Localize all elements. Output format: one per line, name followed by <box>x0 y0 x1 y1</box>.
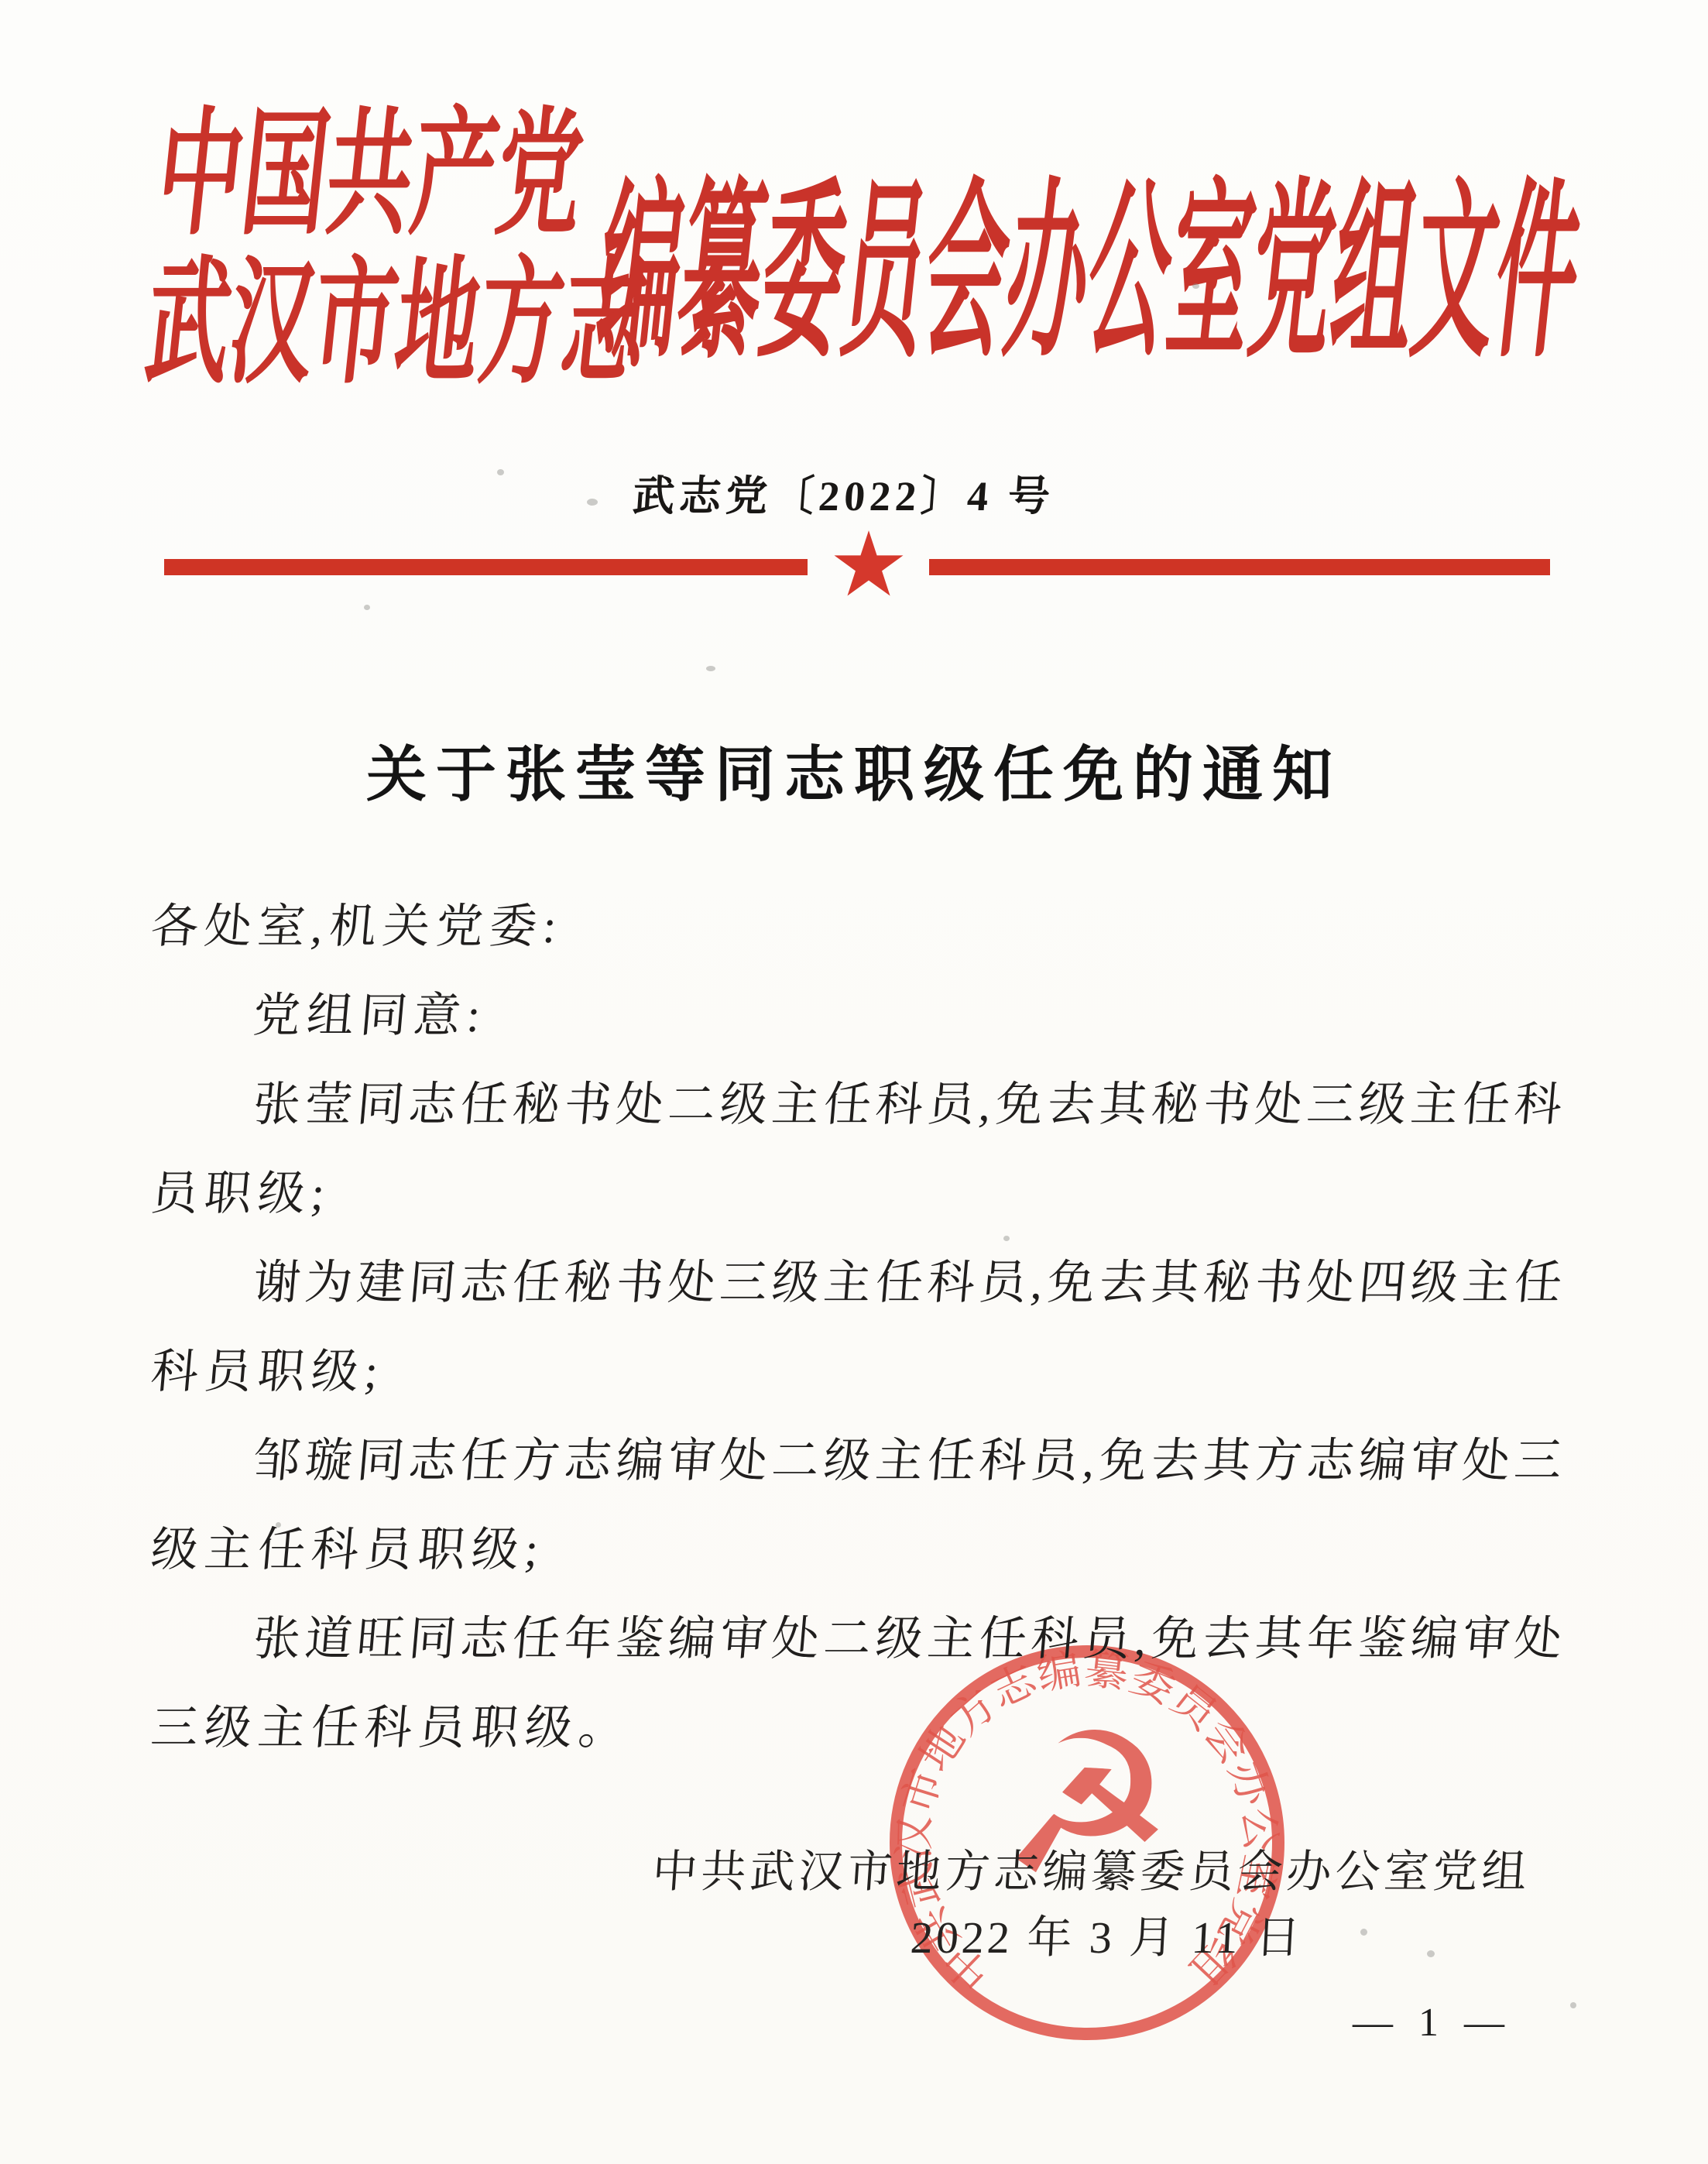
body-line: 员职级; <box>147 1150 1566 1239</box>
body-line: 邹璇同志任方志编审处二级主任科员,免去其方志编审处三 <box>147 1417 1566 1506</box>
body-line: 各处室,机关党委: <box>147 883 1566 972</box>
body-line: 张道旺同志任年鉴编审处二级主任科员,免去其年鉴编审处 <box>147 1595 1566 1684</box>
body-line: 科员职级; <box>147 1328 1566 1417</box>
red-star-icon: ★ <box>821 517 917 613</box>
body-line: 三级主任科员职级。 <box>147 1684 1566 1773</box>
body-line: 谢为建同志任秘书处三级主任科员,免去其秘书处四级主任 <box>147 1239 1566 1328</box>
red-rule-left <box>164 559 808 575</box>
signature-org: 中共武汉市地方志编纂委员会办公室党组 <box>633 1835 1551 1900</box>
letterhead-org-line2: 武汉市地方志 <box>140 254 653 391</box>
body-line: 级主任科员职级; <box>147 1506 1566 1595</box>
body-line: 党组同意: <box>147 972 1566 1061</box>
notice-title: 关于张莹等同志职级任免的通知 <box>0 726 1708 813</box>
page-number: — 1 — <box>1328 2000 1537 2046</box>
body-line: 张莹同志任秘书处二级主任科员,免去其秘书处三级主任科 <box>147 1061 1566 1150</box>
red-rule-right <box>929 559 1550 575</box>
signature-date: 2022 年 3 月 11 日 <box>881 1901 1333 1966</box>
letterhead-org-suffix: 编纂委员会办公室党组文件 <box>590 177 1589 369</box>
letterhead-org-line1: 中国共产党 <box>151 105 589 242</box>
notice-body: 各处室,机关党委: 党组同意: 张莹同志任秘书处二级主任科员,免去其秘书处三级主… <box>147 883 1558 1773</box>
